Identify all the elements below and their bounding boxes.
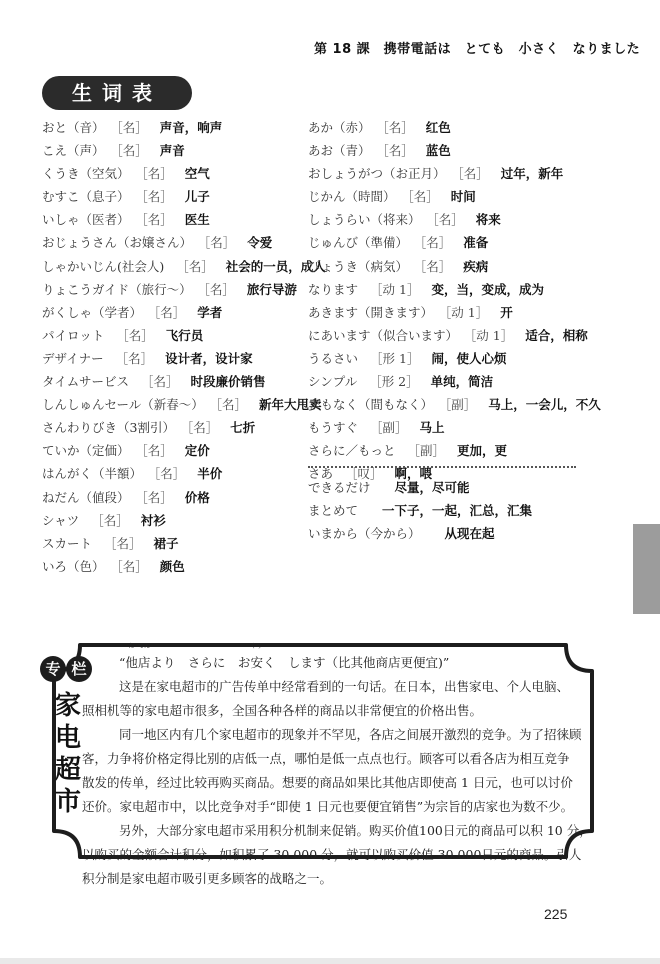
column-title-char: 家 xyxy=(50,690,86,722)
vocab-kana: もうすぐ xyxy=(308,420,358,435)
column-title-char: 电 xyxy=(50,722,86,754)
vocab-pos: ［名］ xyxy=(154,466,185,481)
vocab-kana: シャツ xyxy=(42,513,79,528)
column-paragraph: 另外，大部分家电超市采用积分机制来促销。购买价值100日元的商品可以积 10 分… xyxy=(92,819,592,843)
vocab-pos: ［名］ xyxy=(216,397,247,412)
phrase-meaning: 一下子，一起，汇总，汇集 xyxy=(382,503,532,518)
chapter-thumb-tab xyxy=(633,524,660,614)
lesson-header-title: 第 18 課 携帯電話は とても 小さく なりました xyxy=(314,38,640,57)
vocab-pos: ［名］ xyxy=(116,351,154,366)
vocab-kana: にあいます（似合います） xyxy=(308,328,458,343)
vocab-item: もうすぐ［副］马上 xyxy=(308,416,601,439)
vocab-item: じかん（時間）［名］时间 xyxy=(308,185,601,208)
vocab-pos: ［名］ xyxy=(154,305,185,320)
vocab-item: くうき（空気）［名］空气 xyxy=(42,162,326,185)
vocab-meaning: 空气 xyxy=(185,166,210,181)
vocab-section-title: 生词表 xyxy=(42,76,192,110)
vocab-pos: ［形 2］ xyxy=(369,374,418,389)
vocab-item: ていか（定価）［名］定价 xyxy=(42,439,326,462)
vocab-item: はんがく（半額）［名］半价 xyxy=(42,462,326,485)
vocab-item: おじょうさん（お嬢さん）［名］令爱 xyxy=(42,231,326,254)
column-badge-char: 栏 xyxy=(66,656,92,682)
vocab-kana: さらに／もっと xyxy=(308,443,396,458)
vocab-pos: ［名］ xyxy=(141,374,179,389)
vocab-meaning: 七折 xyxy=(230,420,255,435)
vocab-kana: じかん（時間） xyxy=(308,189,396,204)
vocab-pos: ［动 1］ xyxy=(370,282,419,297)
vocab-meaning: 马上 xyxy=(420,420,445,435)
quote-text: より さらに お xyxy=(150,655,250,670)
dotted-divider xyxy=(308,466,576,468)
vocab-pos: ［名］ xyxy=(204,282,235,297)
vocab-meaning: 半价 xyxy=(197,466,222,481)
column-paragraph: 客，力争将价格定得比别的店低一点，哪怕是低一点点也行。顾客可以看各店为相互竞争 xyxy=(82,747,592,771)
phrase-kana: まとめて xyxy=(308,503,358,518)
column-body: “他た店てんより さらに お安やすく します（比其他商店更便宜)” 这是在家电超… xyxy=(92,651,592,891)
vocab-kana: あきます（開きます） xyxy=(308,305,433,320)
phrase-item: いまから（今から）从现在起 xyxy=(308,522,532,545)
vocab-meaning: 将来 xyxy=(476,212,501,227)
vocab-meaning: 单纯，简洁 xyxy=(431,374,494,389)
vocab-meaning: 蓝色 xyxy=(426,143,451,158)
vocab-kana: しんしゅんセール（新春～） xyxy=(42,397,204,412)
vocab-pos: ［名］ xyxy=(117,559,148,574)
ruby-text: やす xyxy=(250,644,263,650)
vocab-pos: ［动 1］ xyxy=(470,328,513,343)
vocab-item: うるさい［形 1］闹，使人心烦 xyxy=(308,347,601,370)
vocab-item: シャツ［名］衬衫 xyxy=(42,509,326,532)
column-paragraph: 散发的传单，经过比较再购买商品。想要的商品如果比其他店即使高 1 日元，也可以讨… xyxy=(82,771,592,795)
vocab-item: こえ（声）［名］声音 xyxy=(42,139,326,162)
vocab-item: まもなく（間もなく）［副］马上，一会儿，不久 xyxy=(308,393,601,416)
vocab-kana: いしゃ（医者） xyxy=(42,212,130,227)
ruby-word: 他た xyxy=(125,651,138,675)
vocab-item: いしゃ（医者）［名］医生 xyxy=(42,208,326,231)
vocab-item: じゅんび（準備）［名］准备 xyxy=(308,231,601,254)
ruby-base: 他 xyxy=(125,655,138,670)
vocab-meaning: 时间 xyxy=(451,189,476,204)
phrase-list: できるだけ尽量，尽可能 まとめて一下子，一起，汇总，汇集 いまから（今から）从现… xyxy=(308,476,532,545)
vocab-item: しんしゅんセール（新春～）［名］新年大甩卖 xyxy=(42,393,326,416)
vocab-pos: ［名］ xyxy=(117,143,148,158)
vocab-meaning: 准备 xyxy=(463,235,488,250)
vocab-pos: ［名］ xyxy=(383,143,414,158)
vocab-meaning: 更加，更 xyxy=(457,443,507,458)
vocab-meaning: 时段廉价销售 xyxy=(191,374,266,389)
vocab-kana: デザイナー xyxy=(42,351,104,366)
vocab-kana: こえ（声） xyxy=(42,143,105,158)
vocab-pos: ［名］ xyxy=(142,189,173,204)
vocab-meaning: 学者 xyxy=(197,305,222,320)
column-quote: “他た店てんより さらに お安やすく します（比其他商店更便宜)” xyxy=(92,651,592,675)
vocab-item: いろ（色）［名］颜色 xyxy=(42,555,326,578)
vocab-item: びょうき（病気）［名］疾病 xyxy=(308,255,601,278)
vocab-meaning: 疾病 xyxy=(463,259,488,274)
vocab-item: スカート［名］裙子 xyxy=(42,532,326,555)
vocab-kana: はんがく（半額） xyxy=(42,466,142,481)
vocab-pos: ［副］ xyxy=(370,420,408,435)
vocab-pos: ［名］ xyxy=(142,443,173,458)
vocab-pos: ［名］ xyxy=(91,513,129,528)
vocab-pos: ［名］ xyxy=(142,212,173,227)
vocab-list-right: あか（赤）［名］红色 あお（青）［名］蓝色 おしょうがつ（お正月）［名］过年，新… xyxy=(308,116,601,486)
vocab-kana: まもなく（間もなく） xyxy=(308,397,433,412)
vocab-kana: しゃかいじん(社会人) xyxy=(42,259,164,274)
vocab-item: パイロット［名］飞行员 xyxy=(42,324,326,347)
phrase-meaning: 尽量，尽可能 xyxy=(395,480,470,495)
ruby-word: 店てん xyxy=(138,651,151,675)
column-paragraph: 这是在家电超市的广告传单中经常看到的一句话。在日本，出售家电、个人电脑、 xyxy=(92,675,592,699)
vocab-kana: さんわりびき（3割引） xyxy=(42,420,175,435)
vocab-meaning: 变，当，变成，成为 xyxy=(431,282,544,297)
vocab-meaning: 过年，新年 xyxy=(501,166,564,181)
vocab-kana: おしょうがつ（お正月） xyxy=(308,166,446,181)
column-title-char: 超 xyxy=(50,754,86,786)
vocab-pos: ［名］ xyxy=(383,120,414,135)
vocab-item: むすこ（息子）［名］儿子 xyxy=(42,185,326,208)
vocab-kana: タイムサービス xyxy=(42,374,129,389)
vocab-meaning: 颜色 xyxy=(160,559,185,574)
vocab-item: がくしゃ（学者）［名］学者 xyxy=(42,301,326,324)
vocab-pos: ［名］ xyxy=(420,235,451,250)
vocab-item: なります［动 1］变，当，变成，成为 xyxy=(308,278,601,301)
vocab-kana: しょうらい（将来） xyxy=(308,212,421,227)
vocab-kana: パイロット xyxy=(42,328,104,343)
phrase-meaning: 从现在起 xyxy=(445,526,495,541)
phrase-kana: いまから（今から） xyxy=(308,526,421,541)
vocab-pos: ［副］ xyxy=(445,397,476,412)
vocab-pos: ［名］ xyxy=(420,259,451,274)
vocab-item: タイムサービス［名］时段廉价销售 xyxy=(42,370,326,393)
vocab-pos: ［名］ xyxy=(204,235,235,250)
vocab-kana: ていか（定価） xyxy=(42,443,130,458)
column-paragraph: 还价。家电超市中，以比竞争对手“即使 1 日元也要便宜销售”为宗旨的店家也为数不… xyxy=(82,795,592,819)
vocab-meaning: 定价 xyxy=(185,443,210,458)
vocab-meaning: 开 xyxy=(500,305,513,320)
vocab-meaning: 飞行员 xyxy=(166,328,204,343)
vocab-pos: ［动 1］ xyxy=(445,305,488,320)
vocab-kana: スカート xyxy=(42,536,92,551)
column-vertical-title: 家 电 超 市 xyxy=(50,690,86,818)
vocab-kana: がくしゃ（学者） xyxy=(42,305,142,320)
ruby-base: 安 xyxy=(250,655,263,670)
vocab-pos: ［名］ xyxy=(433,212,464,227)
vocab-meaning: 价格 xyxy=(185,490,210,505)
vocab-kana: なります xyxy=(308,282,358,297)
vocab-meaning: 医生 xyxy=(185,212,210,227)
vocab-item: りょこうガイド（旅行～）［名］旅行导游 xyxy=(42,278,326,301)
vocab-meaning: 裙子 xyxy=(154,536,179,551)
column-badge-char: 专 xyxy=(40,656,66,682)
vocab-pos: ［名］ xyxy=(458,166,489,181)
vocab-item: あお（青）［名］蓝色 xyxy=(308,139,601,162)
vocab-meaning: 适合，相称 xyxy=(525,328,588,343)
vocab-item: おと（音）［名］声音，响声 xyxy=(42,116,326,139)
vocab-pos: ［名］ xyxy=(116,328,154,343)
vocab-item: あきます（開きます）［动 1］开 xyxy=(308,301,601,324)
vocab-kana: うるさい xyxy=(308,351,358,366)
vocab-kana: びょうき（病気） xyxy=(308,259,408,274)
vocab-pos: ［名］ xyxy=(176,259,214,274)
vocab-kana: じゅんび（準備） xyxy=(308,235,408,250)
vocab-kana: あか（赤） xyxy=(308,120,371,135)
vocab-meaning: 儿子 xyxy=(185,189,210,204)
vocab-item: あか（赤）［名］红色 xyxy=(308,116,601,139)
vocab-pos: ［名］ xyxy=(142,166,173,181)
vocab-item: おしょうがつ（お正月）［名］过年，新年 xyxy=(308,162,601,185)
vocab-item: シンプル［形 2］单纯，简洁 xyxy=(308,370,601,393)
vocab-item: さらに／もっと［副］更加，更 xyxy=(308,439,601,462)
phrase-kana: できるだけ xyxy=(308,480,371,495)
vocab-pos: ［名］ xyxy=(117,120,148,135)
vocab-pos: ［副］ xyxy=(408,443,446,458)
column-badge: 专 栏 xyxy=(40,656,98,682)
ruby-word: 安やす xyxy=(250,651,263,675)
vocab-item: にあいます（似合います）［动 1］适合，相称 xyxy=(308,324,601,347)
vocab-kana: くうき（空気） xyxy=(42,166,130,181)
column-paragraph: 照相机等的家电超市很多，全国各种各样的商品以非常便宜的价格出售。 xyxy=(82,699,592,723)
vocab-item: しょうらい（将来）［名］将来 xyxy=(308,208,601,231)
vocab-kana: あお（青） xyxy=(308,143,371,158)
vocab-pos: ［名］ xyxy=(104,536,142,551)
phrase-item: できるだけ尽量，尽可能 xyxy=(308,476,532,499)
vocab-item: さんわりびき（3割引）［名］七折 xyxy=(42,416,326,439)
vocab-pos: ［名］ xyxy=(187,420,218,435)
phrase-item: まとめて一下子，一起，汇总，汇集 xyxy=(308,499,532,522)
vocab-meaning: 衬衫 xyxy=(141,513,166,528)
vocab-meaning: 旅行导游 xyxy=(247,282,297,297)
vocab-kana: いろ（色） xyxy=(42,559,105,574)
vocab-meaning: 设计者，设计家 xyxy=(165,351,253,366)
column-paragraph: 以购买的金额合计积分，如积累了 30 000 分，就可以购买价值 30 000日… xyxy=(82,843,592,867)
quote-text: く します（比其他商店更便宜)” xyxy=(263,655,449,670)
vocab-kana: むすこ（息子） xyxy=(42,189,130,204)
vocab-kana: シンプル xyxy=(308,374,357,389)
page-number: 225 xyxy=(544,906,567,922)
column-title-char: 市 xyxy=(50,786,86,818)
vocab-list-left: おと（音）［名］声音，响声 こえ（声）［名］声音 くうき（空気）［名］空气 むす… xyxy=(42,116,326,578)
vocab-meaning: 闹，使人心烦 xyxy=(431,351,506,366)
vocab-pos: ［形 1］ xyxy=(370,351,419,366)
column-paragraph: 积分制是家电超市吸引更多顾客的战略之一。 xyxy=(82,867,592,891)
vocab-meaning: 声音，响声 xyxy=(160,120,223,135)
vocab-item: しゃかいじん(社会人)［名］社会的一员，成人 xyxy=(42,255,326,278)
page-bottom-edge xyxy=(0,958,660,964)
vocab-pos: ［名］ xyxy=(408,189,439,204)
vocab-meaning: 红色 xyxy=(426,120,451,135)
vocab-item: デザイナー［名］设计者，设计家 xyxy=(42,347,326,370)
vocab-meaning: 令爱 xyxy=(247,235,272,250)
vocab-kana: ねだん（値段） xyxy=(42,490,130,505)
vocab-pos: ［名］ xyxy=(142,490,173,505)
ruby-base: 店 xyxy=(138,655,151,670)
ruby-text: た xyxy=(125,644,138,650)
column-paragraph: 同一地区内有几个家电超市的现象并不罕见，各店之间展开激烈的竞争。为了招徕顾 xyxy=(92,723,592,747)
vocab-meaning: 马上，一会儿，不久 xyxy=(488,397,601,412)
vocab-kana: りょこうガイド（旅行～） xyxy=(42,282,192,297)
vocab-kana: おじょうさん（お嬢さん） xyxy=(42,235,192,250)
vocab-kana: おと（音） xyxy=(42,120,105,135)
vocab-item: ねだん（値段）［名］价格 xyxy=(42,486,326,509)
vocab-meaning: 声音 xyxy=(160,143,185,158)
ruby-text: てん xyxy=(138,644,151,650)
